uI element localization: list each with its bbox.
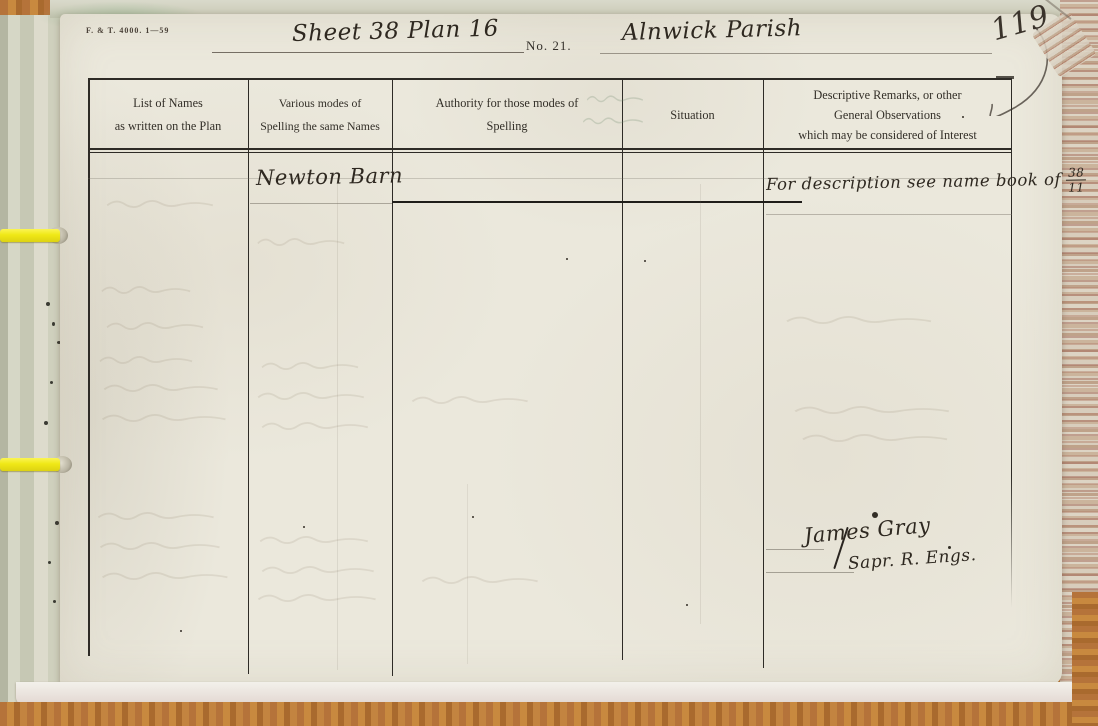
table-border-right (1011, 78, 1012, 608)
column-divider (248, 78, 249, 674)
printer-stamp: F. & T. 4000. 1—59 (86, 26, 169, 35)
parish-handwritten: Alnwick Parish (622, 15, 803, 46)
ink-speck (472, 516, 474, 518)
bleedthrough-mark (260, 418, 370, 432)
bleedthrough-mark (260, 358, 360, 372)
bleedthrough-mark (256, 234, 346, 248)
bleedthrough-mark (260, 562, 376, 576)
bleedthrough-mark (105, 196, 215, 210)
bleedthrough-stamp (586, 92, 644, 104)
binding-hole (50, 381, 53, 384)
bleedthrough-mark (100, 282, 192, 296)
entry-remarks-handwritten: For description see name book of3811 (766, 166, 1087, 199)
bleedthrough-mark (410, 392, 530, 406)
bleedthrough-mark (258, 532, 370, 546)
bleedthrough-line (700, 184, 701, 624)
column-divider (622, 78, 623, 660)
bleedthrough-mark (100, 410, 228, 424)
header-bottom-rule (88, 148, 1012, 150)
remarks-faint-underline (766, 214, 1012, 215)
column-header-names: List of Names as written on the Plan (88, 84, 248, 146)
yellow-binding-tie (0, 229, 60, 242)
heading-rule (212, 52, 524, 53)
bleedthrough-mark (256, 388, 366, 402)
ink-speck (566, 258, 568, 260)
ink-speck (180, 630, 182, 632)
bleedthrough-mark (256, 590, 378, 604)
ink-speck (962, 116, 964, 118)
bleedthrough-stamp (582, 114, 644, 126)
name-book-page: F. & T. 4000. 1—59 Sheet 38 Plan 16 No. … (60, 14, 1062, 686)
bleedthrough-mark (800, 430, 950, 444)
bleedthrough-mark (98, 352, 194, 366)
entry-rule-across-columns (392, 201, 802, 203)
binding-hole (52, 322, 55, 326)
bleedthrough-mark (96, 508, 216, 522)
signature-rule (766, 572, 854, 573)
bleedthrough-mark (792, 402, 952, 416)
yellow-binding-tie (0, 458, 60, 471)
entry-faint-underline (250, 203, 392, 204)
bleedthrough-mark (784, 312, 934, 326)
column-divider (763, 78, 764, 668)
binding-hole (46, 302, 50, 306)
bleedthrough-mark (98, 538, 222, 552)
signature-name: James Gray (803, 513, 932, 548)
binding-hole (44, 421, 48, 425)
header-bottom-rule-2 (88, 152, 1012, 153)
bleedthrough-mark (105, 318, 205, 332)
column-header-spelling-modes: Various modes of Spelling the same Names (248, 84, 392, 146)
wood-table-bottom (0, 702, 1098, 726)
table-border-left (88, 78, 90, 656)
table-top-border (88, 78, 1012, 80)
binding-hole (55, 521, 59, 525)
signature-rule (766, 549, 824, 550)
ink-speck (872, 512, 878, 518)
column-header-remarks: Descriptive Remarks, or other General Ob… (763, 84, 1012, 146)
bleedthrough-mark (102, 380, 220, 394)
bleedthrough-mark (100, 568, 230, 582)
ink-speck (686, 604, 688, 606)
bleedthrough-mark (420, 572, 540, 586)
ink-speck (948, 546, 951, 549)
entry-name-handwritten: Newton Barn (256, 163, 403, 190)
signature-rank: Sapr. R. Engs. (847, 545, 977, 574)
reference-fraction: 3811 (1066, 166, 1087, 193)
ink-speck (644, 260, 646, 262)
binding-hole (53, 600, 56, 603)
binding-hole (48, 561, 51, 564)
page-no-label: No. 21. (526, 38, 572, 54)
heading-rule (600, 53, 992, 54)
wood-table-bottom-right (1072, 592, 1098, 726)
ink-speck (303, 526, 305, 528)
sheet-plan-handwritten: Sheet 38 Plan 16 (292, 16, 499, 47)
